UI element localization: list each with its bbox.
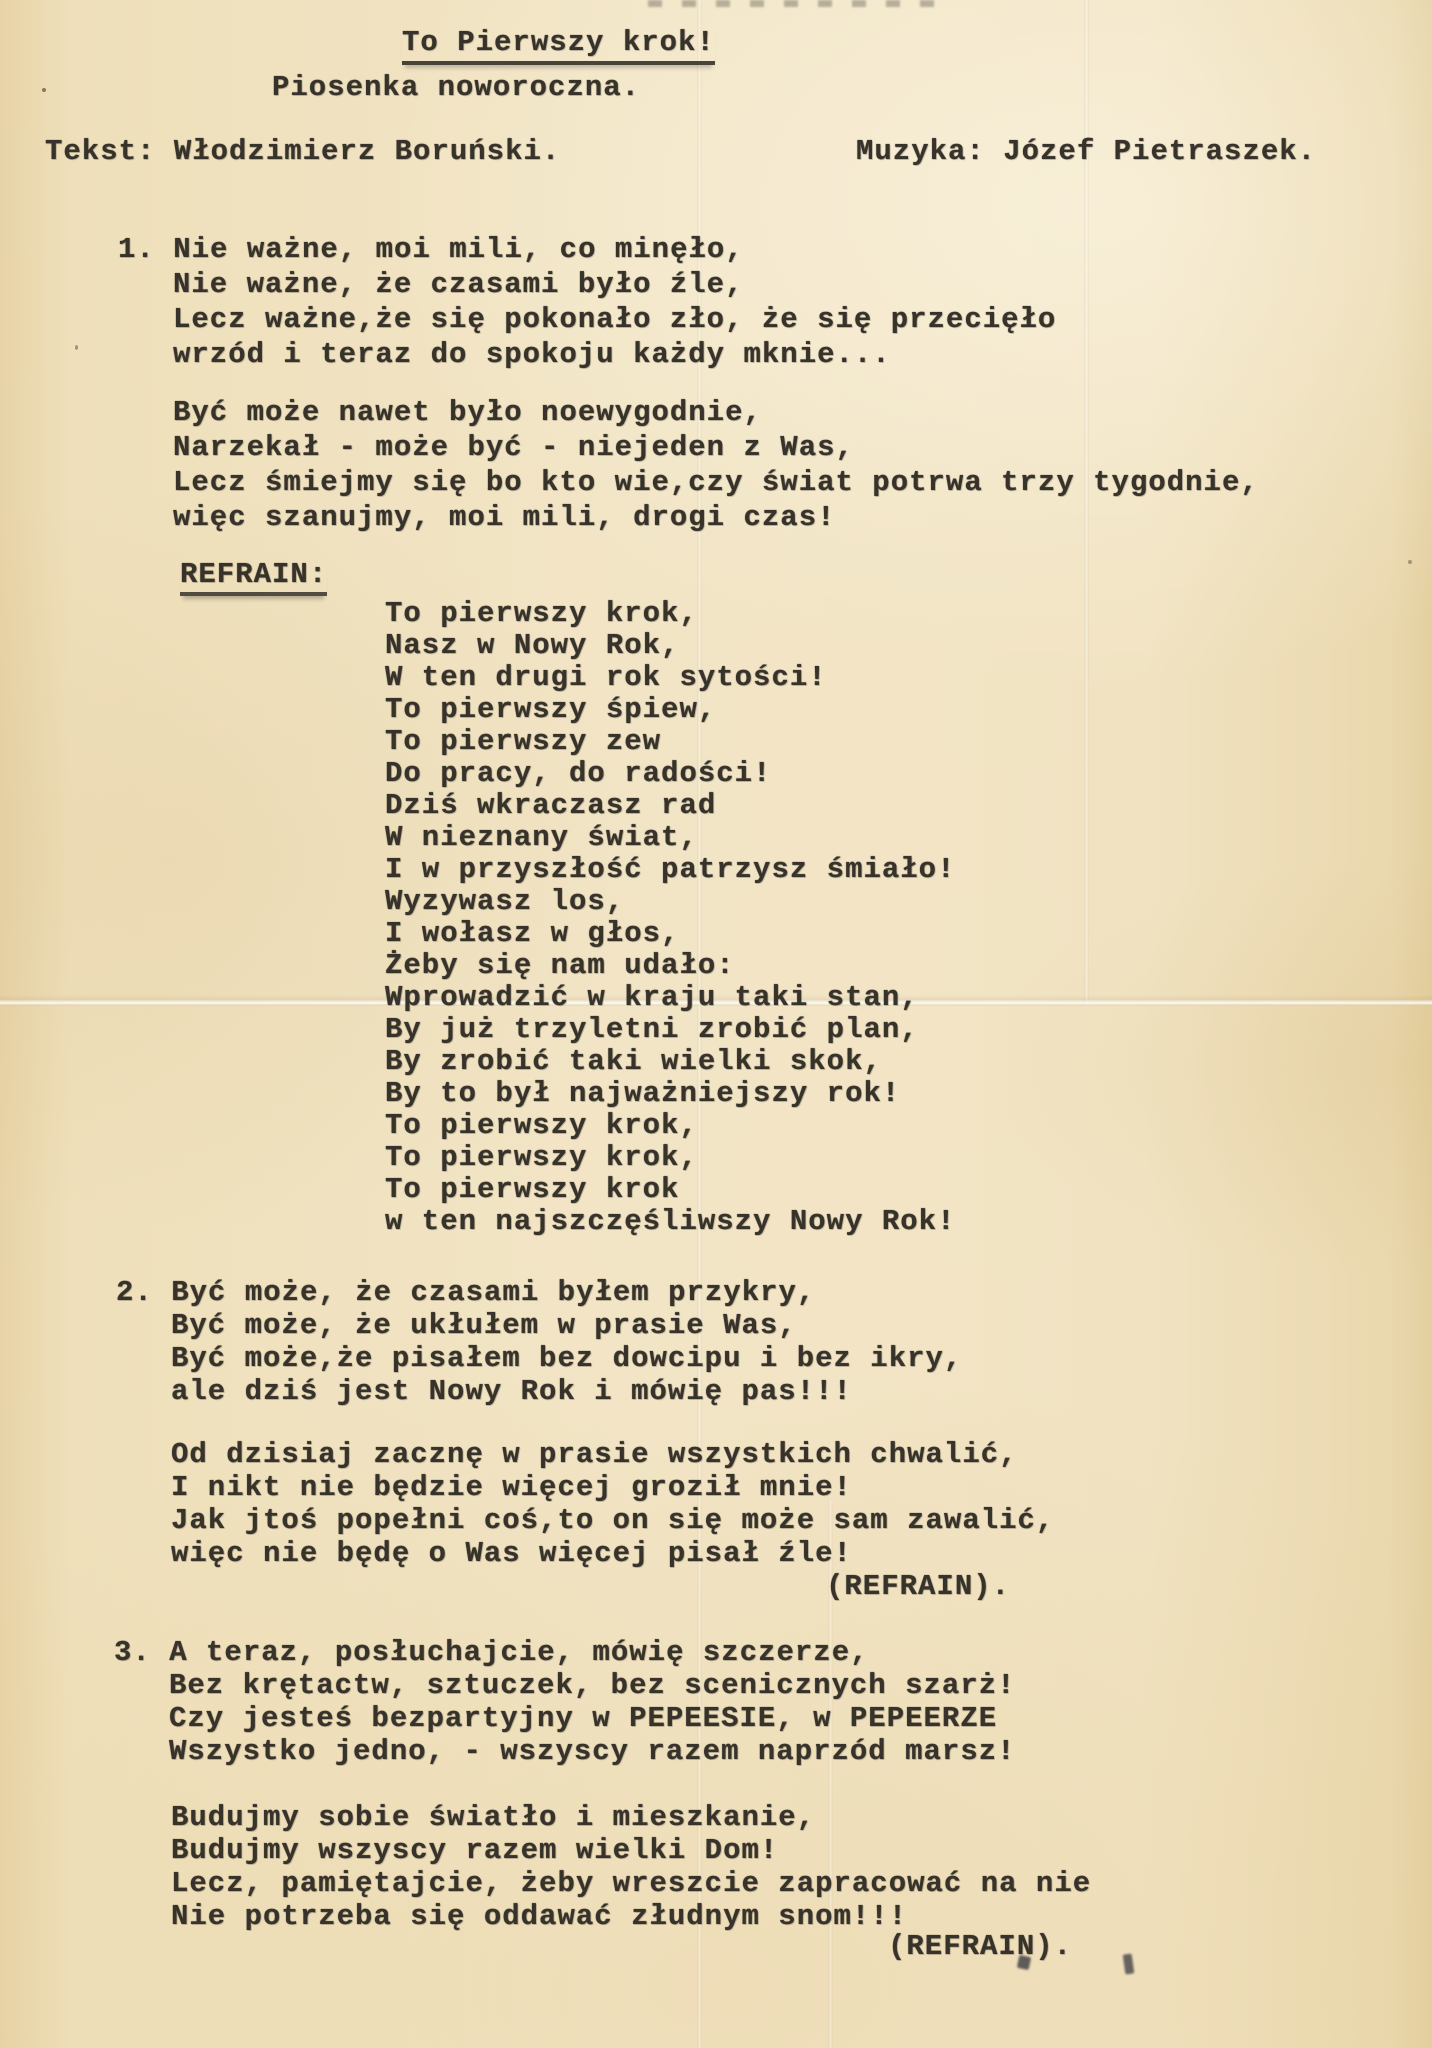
lyric-line: Narzekał - może być - niejeden z Was, — [173, 430, 1259, 465]
lyric-line: To pierwszy krok, — [385, 598, 956, 630]
lyric-line: W nieznany świat, — [385, 822, 956, 854]
lyric-line: Wprowadzić w kraju taki stan, — [385, 982, 956, 1014]
refrain-heading-text: REFRAIN: — [180, 558, 327, 596]
lyric-line: To pierwszy krok, — [385, 1142, 956, 1174]
lyric-line: Nasz w Nowy Rok, — [385, 630, 956, 662]
lyric-line: 1. Nie ważne, moi mili, co minęło, — [118, 232, 1056, 267]
lyric-line: więc szanujmy, moi mili, drogi czas! — [173, 500, 1259, 535]
lyric-line: I wołasz w głos, — [385, 918, 956, 950]
lyric-line: Nie ważne, że czasami było źle, — [173, 267, 1056, 302]
ink-smudge — [1123, 1953, 1135, 1974]
song-title: To Pierwszy krok! — [402, 26, 715, 65]
lyric-line: Czy jesteś bezpartyjny w PEPEESIE, w PEP… — [169, 1702, 1016, 1735]
lyric-line: Żeby się nam udało: — [385, 950, 956, 982]
paper-speck — [75, 345, 78, 350]
lyric-line: Lecz ważne,że się pokonało zło, że się p… — [173, 302, 1056, 337]
lyric-line: I nikt nie będzie więcej groził mnie! — [171, 1471, 1054, 1504]
lyric-line: 3. A teraz, posłuchajcie, mówię szczerze… — [114, 1636, 1016, 1669]
lyric-line: By zrobić taki wielki skok, — [385, 1046, 956, 1078]
lyric-line: Budujmy wszyscy razem wielki Dom! — [171, 1834, 1091, 1867]
refrain-cue: (REFRAIN). — [826, 1570, 1010, 1603]
refrain-cue: (REFRAIN). — [888, 1930, 1072, 1963]
lyrics-credit: Tekst: Włodzimierz Boruński. — [45, 134, 560, 169]
lyric-line: By to był najważniejszy rok! — [385, 1078, 956, 1110]
lyric-line: wrzód i teraz do spokoju każdy mknie... — [173, 337, 1056, 372]
lyric-line: Wyzywasz los, — [385, 886, 956, 918]
lyric-line: I w przyszłość patrzysz śmiało! — [385, 854, 956, 886]
verse-2-stanza-2: Od dzisiaj zacznę w prasie wszystkich ch… — [171, 1438, 1054, 1570]
lyric-line: Budujmy sobie światło i mieszkanie, — [171, 1801, 1091, 1834]
lyric-line: Od dzisiaj zacznę w prasie wszystkich ch… — [171, 1438, 1054, 1471]
verse-2-stanza-1: 2. Być może, że czasami byłem przykry, B… — [116, 1276, 962, 1408]
lyric-line: To pierwszy zew — [385, 726, 956, 758]
song-subtitle: Piosenka noworoczna. — [272, 70, 640, 105]
verse-3-stanza-1: 3. A teraz, posłuchajcie, mówię szczerze… — [114, 1636, 1016, 1768]
lyric-line: w ten najszczęśliwszy Nowy Rok! — [385, 1206, 956, 1238]
verse-1-stanza-2: Być może nawet było noewygodnie, Narzeka… — [173, 395, 1259, 535]
lyric-line: Być może,że pisałem bez dowcipu i bez ik… — [171, 1342, 962, 1375]
lyric-line: więc nie będę o Was więcej pisał źle! — [171, 1537, 1054, 1570]
lyric-line: To pierwszy krok — [385, 1174, 956, 1206]
lyric-line: Nie potrzeba się oddawać złudnym snom!!! — [171, 1900, 1091, 1933]
verse-3-stanza-2: Budujmy sobie światło i mieszkanie, Budu… — [171, 1801, 1091, 1933]
lyric-line: Lecz, pamiętajcie, żeby wreszcie zapraco… — [171, 1867, 1091, 1900]
refrain-block: To pierwszy krok, Nasz w Nowy Rok, W ten… — [385, 598, 956, 1238]
lyric-line: Być może nawet było noewygodnie, — [173, 395, 1259, 430]
verse-1-stanza-1: 1. Nie ważne, moi mili, co minęło, Nie w… — [118, 232, 1056, 372]
lyric-line: Wszystko jedno, - wszyscy razem naprzód … — [169, 1735, 1016, 1768]
music-credit: Muzyka: Józef Pietraszek. — [856, 134, 1316, 169]
lyric-line: Do pracy, do radości! — [385, 758, 956, 790]
lyric-line: Bez krętactw, sztuczek, bez scenicznych … — [169, 1669, 1016, 1702]
lyric-line: Jak jtoś popełni coś,to on się może sam … — [171, 1504, 1054, 1537]
lyric-line: Lecz śmiejmy się bo kto wie,czy świat po… — [173, 465, 1259, 500]
paper-speck — [1408, 560, 1412, 564]
refrain-heading: REFRAIN: — [180, 558, 327, 596]
document-page: To Pierwszy krok! Piosenka noworoczna. T… — [0, 0, 1432, 2048]
lyric-line: Być może, że ukłułem w prasie Was, — [171, 1309, 962, 1342]
lyric-line: To pierwszy krok, — [385, 1110, 956, 1142]
lyric-line: ale dziś jest Nowy Rok i mówię pas!!! — [171, 1375, 962, 1408]
lyric-line: To pierwszy śpiew, — [385, 694, 956, 726]
lyric-line: 2. Być może, że czasami byłem przykry, — [116, 1276, 962, 1309]
lyric-line: Dziś wkraczasz rad — [385, 790, 956, 822]
song-title-text: To Pierwszy krok! — [402, 26, 715, 65]
paper-speck — [42, 88, 46, 92]
lyric-line: W ten drugi rok sytości! — [385, 662, 956, 694]
lyric-line: By już trzyletni zrobić plan, — [385, 1014, 956, 1046]
cut-off-type-marks — [648, 0, 948, 7]
